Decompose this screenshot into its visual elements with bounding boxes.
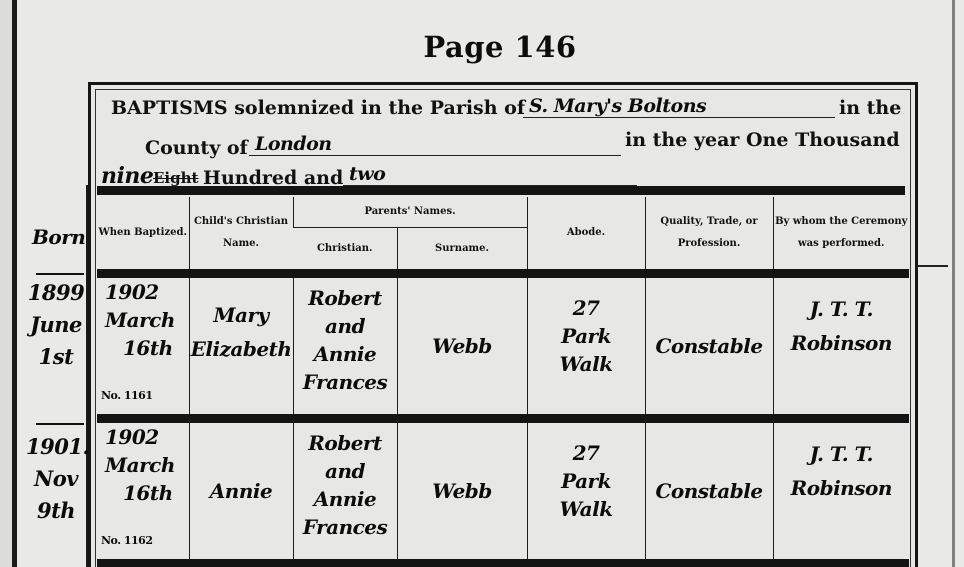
col-parents-names: Parents' Names. bbox=[293, 197, 527, 228]
century-printed-struck: Eight bbox=[153, 169, 198, 187]
born-year: 1901. bbox=[26, 431, 86, 463]
county-value: London bbox=[255, 133, 332, 155]
baptism-month: March bbox=[105, 306, 189, 334]
born-month: Nov bbox=[26, 463, 86, 495]
page-right-edge bbox=[952, 0, 955, 567]
margin-entry: 1899 June 1st bbox=[26, 277, 86, 373]
cell-child-name: Mary Elizabeth bbox=[189, 278, 293, 414]
cell-abode: 27 Park Walk bbox=[527, 278, 645, 414]
col-parents-surname: Surname. bbox=[397, 228, 527, 269]
profession: Constable bbox=[646, 278, 773, 414]
cell-performed-by: J. T. T. Robinson bbox=[773, 423, 909, 559]
heading-line1-prefix: BAPTISMS solemnized in the Parish of bbox=[111, 97, 525, 119]
abode: 27 Park Walk bbox=[528, 278, 645, 414]
born-day: 1st bbox=[26, 341, 86, 373]
parish-value: S. Mary's Boltons bbox=[529, 95, 706, 117]
entry-number: No. 1161 bbox=[101, 382, 152, 410]
cell-parents-christian: Robert and Annie Frances bbox=[293, 423, 397, 559]
margin-entry: 1901. Nov 9th bbox=[26, 431, 86, 527]
parish-field: S. Mary's Boltons bbox=[523, 95, 835, 118]
row-separator bbox=[97, 269, 909, 278]
row-separator bbox=[97, 559, 909, 567]
margin-header: Born bbox=[32, 225, 85, 249]
baptism-year: 1902 bbox=[105, 278, 189, 306]
heading-line1-suffix: in the bbox=[839, 97, 901, 119]
margin-rule bbox=[36, 423, 84, 425]
baptism-year: 1902 bbox=[105, 423, 189, 451]
column-header-row: When Baptized. Child's Christian Name. P… bbox=[97, 197, 909, 228]
register-table: When Baptized. Child's Christian Name. P… bbox=[97, 197, 909, 567]
cell-child-name: Annie bbox=[189, 423, 293, 559]
page-gutter bbox=[0, 0, 12, 567]
baptism-register: BAPTISMS solemnized in the Parish of S. … bbox=[88, 82, 918, 567]
baptism-month: March bbox=[105, 451, 189, 479]
col-profession: Quality, Trade, or Profession. bbox=[645, 197, 773, 269]
abode: 27 Park Walk bbox=[528, 423, 645, 559]
col-parents-christian: Christian. bbox=[293, 228, 397, 269]
child-name: Mary Elizabeth bbox=[190, 278, 293, 414]
cell-when-baptized: 1902 March 16th No. 1162 bbox=[97, 423, 189, 559]
heading-line2-suffix: in the year One Thousand bbox=[625, 129, 900, 151]
margin-rule bbox=[36, 273, 84, 275]
born-year: 1899 bbox=[26, 277, 86, 309]
table-row: 1902 March 16th No. 1162 Annie Robert an… bbox=[97, 423, 909, 559]
surname: Webb bbox=[398, 278, 527, 414]
cell-surname: Webb bbox=[397, 278, 527, 414]
entry-number: No. 1162 bbox=[101, 527, 152, 555]
child-name: Annie bbox=[190, 423, 293, 559]
profession: Constable bbox=[646, 423, 773, 559]
margin-tick bbox=[918, 265, 948, 267]
col-when-baptized: When Baptized. bbox=[97, 197, 189, 269]
performed-by: J. T. T. Robinson bbox=[774, 278, 910, 414]
born-month: June bbox=[26, 309, 86, 341]
year-field: two bbox=[343, 163, 637, 186]
parents-christian: Robert and Annie Frances bbox=[294, 423, 397, 559]
parents-christian: Robert and Annie Frances bbox=[294, 278, 397, 414]
surname: Webb bbox=[398, 423, 527, 559]
header-rule bbox=[97, 186, 905, 195]
page-title: Page 146 bbox=[0, 30, 964, 64]
baptism-day: 16th bbox=[105, 479, 189, 507]
cell-when-baptized: 1902 March 16th No. 1161 bbox=[97, 278, 189, 414]
margin-birth-dates: Born 1899 June 1st 1901. Nov 9th bbox=[22, 185, 88, 567]
cell-abode: 27 Park Walk bbox=[527, 423, 645, 559]
row-separator bbox=[97, 414, 909, 423]
heading-line2-prefix: County of bbox=[145, 137, 248, 159]
cell-parents-christian: Robert and Annie Frances bbox=[293, 278, 397, 414]
col-abode: Abode. bbox=[527, 197, 645, 269]
page-binding-edge bbox=[12, 0, 17, 567]
baptism-day: 16th bbox=[105, 334, 189, 362]
col-child-name: Child's Christian Name. bbox=[189, 197, 293, 269]
cell-profession: Constable bbox=[645, 278, 773, 414]
cell-surname: Webb bbox=[397, 423, 527, 559]
year-value: two bbox=[349, 163, 385, 185]
born-day: 9th bbox=[26, 495, 86, 527]
col-performed-by: By whom the Ceremony was performed. bbox=[773, 197, 909, 269]
county-field: London bbox=[249, 133, 621, 156]
cell-performed-by: J. T. T. Robinson bbox=[773, 278, 909, 414]
table-row: 1902 March 16th No. 1161 Mary Elizabeth … bbox=[97, 278, 909, 414]
performed-by: J. T. T. Robinson bbox=[774, 423, 910, 559]
cell-profession: Constable bbox=[645, 423, 773, 559]
